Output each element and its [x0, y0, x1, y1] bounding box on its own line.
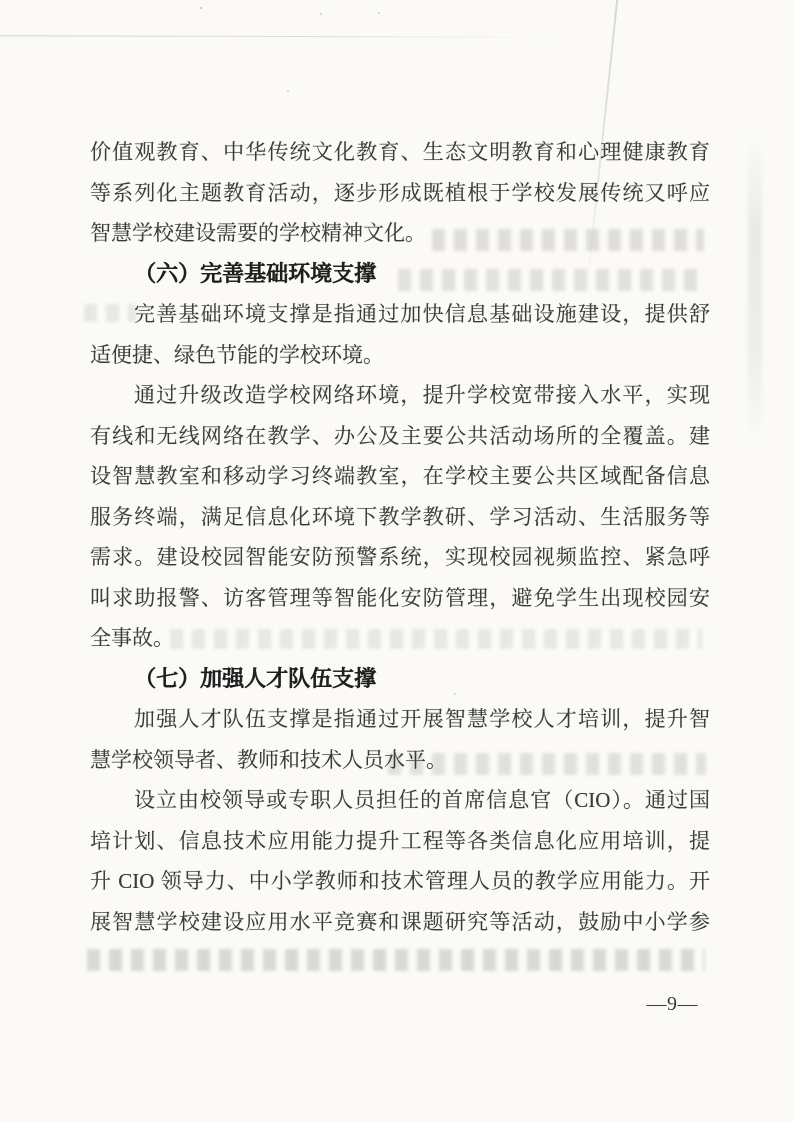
text-line: 价值观教育、中华传统文化教育、生态文明教育和心理健康教育 [90, 132, 710, 173]
text-line: 智慧学校建设需要的学校精神文化。 [90, 213, 710, 254]
text-line: 全事故。 [90, 618, 710, 659]
text-line: 完善基础环境支撑是指通过加快信息基础设施建设，提供舒 [90, 294, 710, 335]
scan-crease-horizontal [0, 35, 560, 37]
document-content: 价值观教育、中华传统文化教育、生态文明教育和心理健康教育 等系列化主题教育活动，… [90, 132, 710, 942]
heading-line: （七）加强人才队伍支撑 [90, 659, 710, 700]
paragraph: 加强人才队伍支撑是指通过开展智慧学校人才培训，提升智 慧学校领导者、教师和技术人… [90, 699, 710, 780]
paragraph: 完善基础环境支撑是指通过加快信息基础设施建设，提供舒 适便捷、绿色节能的学校环境… [90, 294, 710, 375]
scanned-document-page: 价值观教育、中华传统文化教育、生态文明教育和心理健康教育 等系列化主题教育活动，… [0, 0, 793, 1121]
paragraph: 通过升级改造学校网络环境，提升学校宽带接入水平，实现 有线和无线网络在教学、办公… [90, 375, 710, 659]
ink-bleed-artifact [87, 949, 705, 971]
text-line: 通过升级改造学校网络环境，提升学校宽带接入水平，实现 [90, 375, 710, 416]
paragraph: 价值观教育、中华传统文化教育、生态文明教育和心理健康教育 等系列化主题教育活动，… [90, 132, 710, 254]
text-line: 需求。建设校园智能安防预警系统，实现校园视频监控、紧急呼 [90, 537, 710, 578]
section-heading-7: （七）加强人才队伍支撑 [90, 659, 710, 700]
section-heading-6: （六）完善基础环境支撑 [90, 254, 710, 295]
text-line: 慧学校领导者、教师和技术人员水平。 [90, 740, 710, 781]
text-line: 服务终端，满足信息化环境下教学教研、学习活动、生活服务等 [90, 497, 710, 538]
text-line: 展智慧学校建设应用水平竞赛和课题研究等活动，鼓励中小学参 [90, 902, 710, 943]
text-line: 适便捷、绿色节能的学校环境。 [90, 335, 710, 376]
text-line: 等系列化主题教育活动，逐步形成既植根于学校发展传统又呼应 [90, 173, 710, 214]
text-line: 加强人才队伍支撑是指通过开展智慧学校人才培训，提升智 [90, 699, 710, 740]
paragraph: 设立由校领导或专职人员担任的首席信息官（CIO）。通过国 培计划、信息技术应用能… [90, 780, 710, 942]
text-line: 设智慧教室和移动学习终端教室，在学校主要公共区域配备信息 [90, 456, 710, 497]
scan-speck-dots [200, 7, 202, 9]
scan-edge-shadow [748, 140, 762, 440]
text-line: 叫求助报警、访客管理等智能化安防管理，避免学生出现校园安 [90, 578, 710, 619]
text-line: 培计划、信息技术应用能力提升工程等各类信息化应用培训，提 [90, 821, 710, 862]
text-line: 升 CIO 领导力、中小学教师和技术管理人员的教学应用能力。开 [90, 861, 710, 902]
heading-line: （六）完善基础环境支撑 [90, 254, 710, 295]
text-line: 有线和无线网络在教学、办公及主要公共活动场所的全覆盖。建 [90, 416, 710, 457]
text-line: 设立由校领导或专职人员担任的首席信息官（CIO）。通过国 [90, 780, 710, 821]
page-number: —9— [647, 993, 699, 1016]
